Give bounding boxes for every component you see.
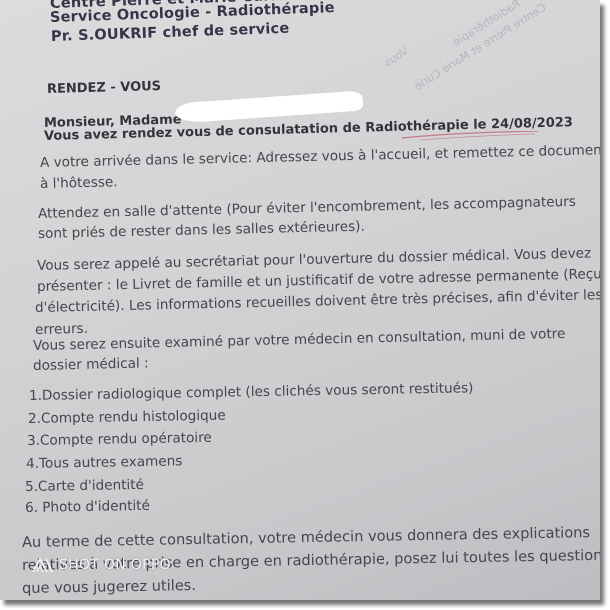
paragraph-4-line-1: Vous serez ensuite examiné par votre méd… — [33, 326, 566, 354]
camera-watermark: SHOT ON OPPO — [32, 557, 171, 573]
document-item-6: 6. Photo d'identité — [25, 498, 150, 516]
closing-line-1: Au terme de cette consultation, votre mé… — [22, 524, 590, 551]
pen-underline — [400, 131, 540, 141]
document-item-1: 1.Dossier radiologique complet (les clic… — [29, 380, 474, 404]
oppo-camera-icon — [32, 557, 54, 573]
document-photo: Centre Pierre et Marie Curie Radiothérap… — [0, 0, 600, 600]
redaction-mark — [175, 90, 364, 123]
stamp-line-1: Centre Pierre et Marie Curie — [412, 1, 549, 93]
document-title: RENDEZ - VOUS — [47, 79, 161, 97]
stamp-line-3: Vous — [382, 44, 411, 69]
document-item-5: 5.Carte d'identité — [25, 477, 144, 495]
paragraph-1-line-1: A votre arrivée dans le service: Adresse… — [40, 142, 600, 171]
document-item-3: 3.Compte rendu opératoire — [27, 430, 212, 449]
paragraph-2-line-2: sont priés de rester dans les salles ext… — [38, 219, 365, 242]
document-item-4: 4.Tous autres examens — [26, 453, 183, 472]
paragraph-1-line-2: à l'hôtesse. — [40, 174, 118, 192]
paragraph-4-line-2: dossier médical : — [33, 355, 149, 374]
closing-line-3: que vous jugerez utiles. — [22, 577, 196, 597]
hospital-stamp: Centre Pierre et Marie Curie Radiothérap… — [354, 0, 566, 127]
paragraph-3-line-4: erreurs. — [35, 321, 88, 338]
paragraph-2-line-1: Attendez en salle d'attente (Pour éviter… — [38, 194, 576, 222]
watermark-text: SHOT ON OPPO — [59, 557, 171, 573]
document-item-2: 2.Compte rendu histologique — [28, 408, 226, 427]
